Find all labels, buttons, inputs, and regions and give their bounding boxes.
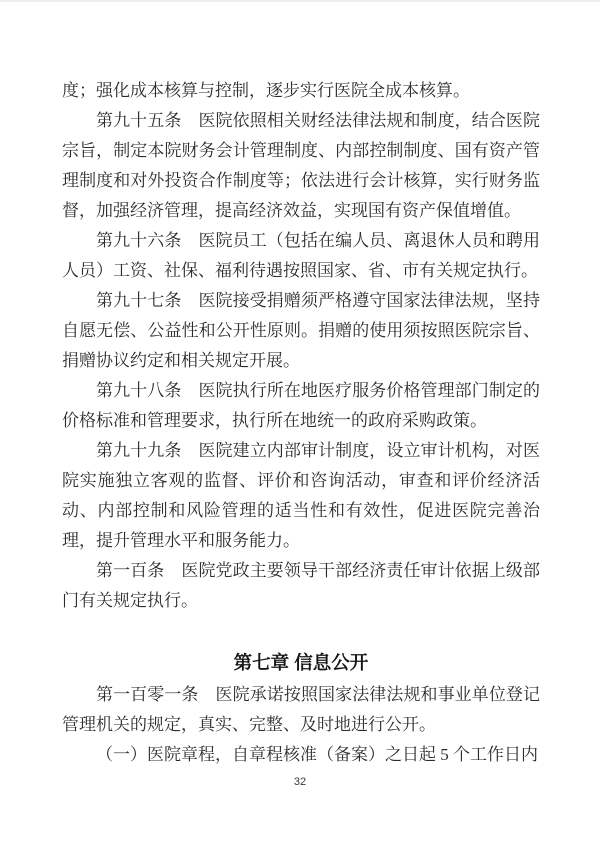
paragraph-article-96: 第九十六条 医院员工（包括在编人员、离退休人员和聘用人员）工资、社保、福利待遇按… bbox=[62, 226, 540, 286]
page-number: 32 bbox=[0, 776, 600, 788]
page-content: 度；强化成本核算与控制，逐步实行医院全成本核算。 第九十五条 医院依照相关财经法… bbox=[62, 76, 540, 770]
document-page: 度；强化成本核算与控制，逐步实行医院全成本核算。 第九十五条 医院依照相关财经法… bbox=[0, 0, 600, 849]
chapter-7-heading: 第七章 信息公开 bbox=[62, 648, 540, 678]
paragraph-article-95: 第九十五条 医院依照相关财经法律法规和制度，结合医院宗旨，制定本院财务会计管理制… bbox=[62, 106, 540, 226]
paragraph-list-item-1: （一）医院章程，自章程核准（备案）之日起 5 个工作日内 bbox=[62, 740, 540, 770]
paragraph-article-100: 第一百条 医院党政主要领导干部经济责任审计依据上级部门有关规定执行。 bbox=[62, 556, 540, 616]
paragraph-article-101: 第一百零一条 医院承诺按照国家法律法规和事业单位登记管理机关的规定，真实、完整、… bbox=[62, 680, 540, 740]
paragraph-continued-from-previous-page: 度；强化成本核算与控制，逐步实行医院全成本核算。 bbox=[62, 76, 540, 106]
paragraph-article-99: 第九十九条 医院建立内部审计制度，设立审计机构，对医院实施独立客观的监督、评价和… bbox=[62, 436, 540, 556]
paragraph-article-97: 第九十七条 医院接受捐赠须严格遵守国家法律法规，坚持自愿无偿、公益性和公开性原则… bbox=[62, 286, 540, 376]
paragraph-article-98: 第九十八条 医院执行所在地医疗服务价格管理部门制定的价格标准和管理要求，执行所在… bbox=[62, 376, 540, 436]
scan-edge-artifact bbox=[0, 0, 600, 2]
